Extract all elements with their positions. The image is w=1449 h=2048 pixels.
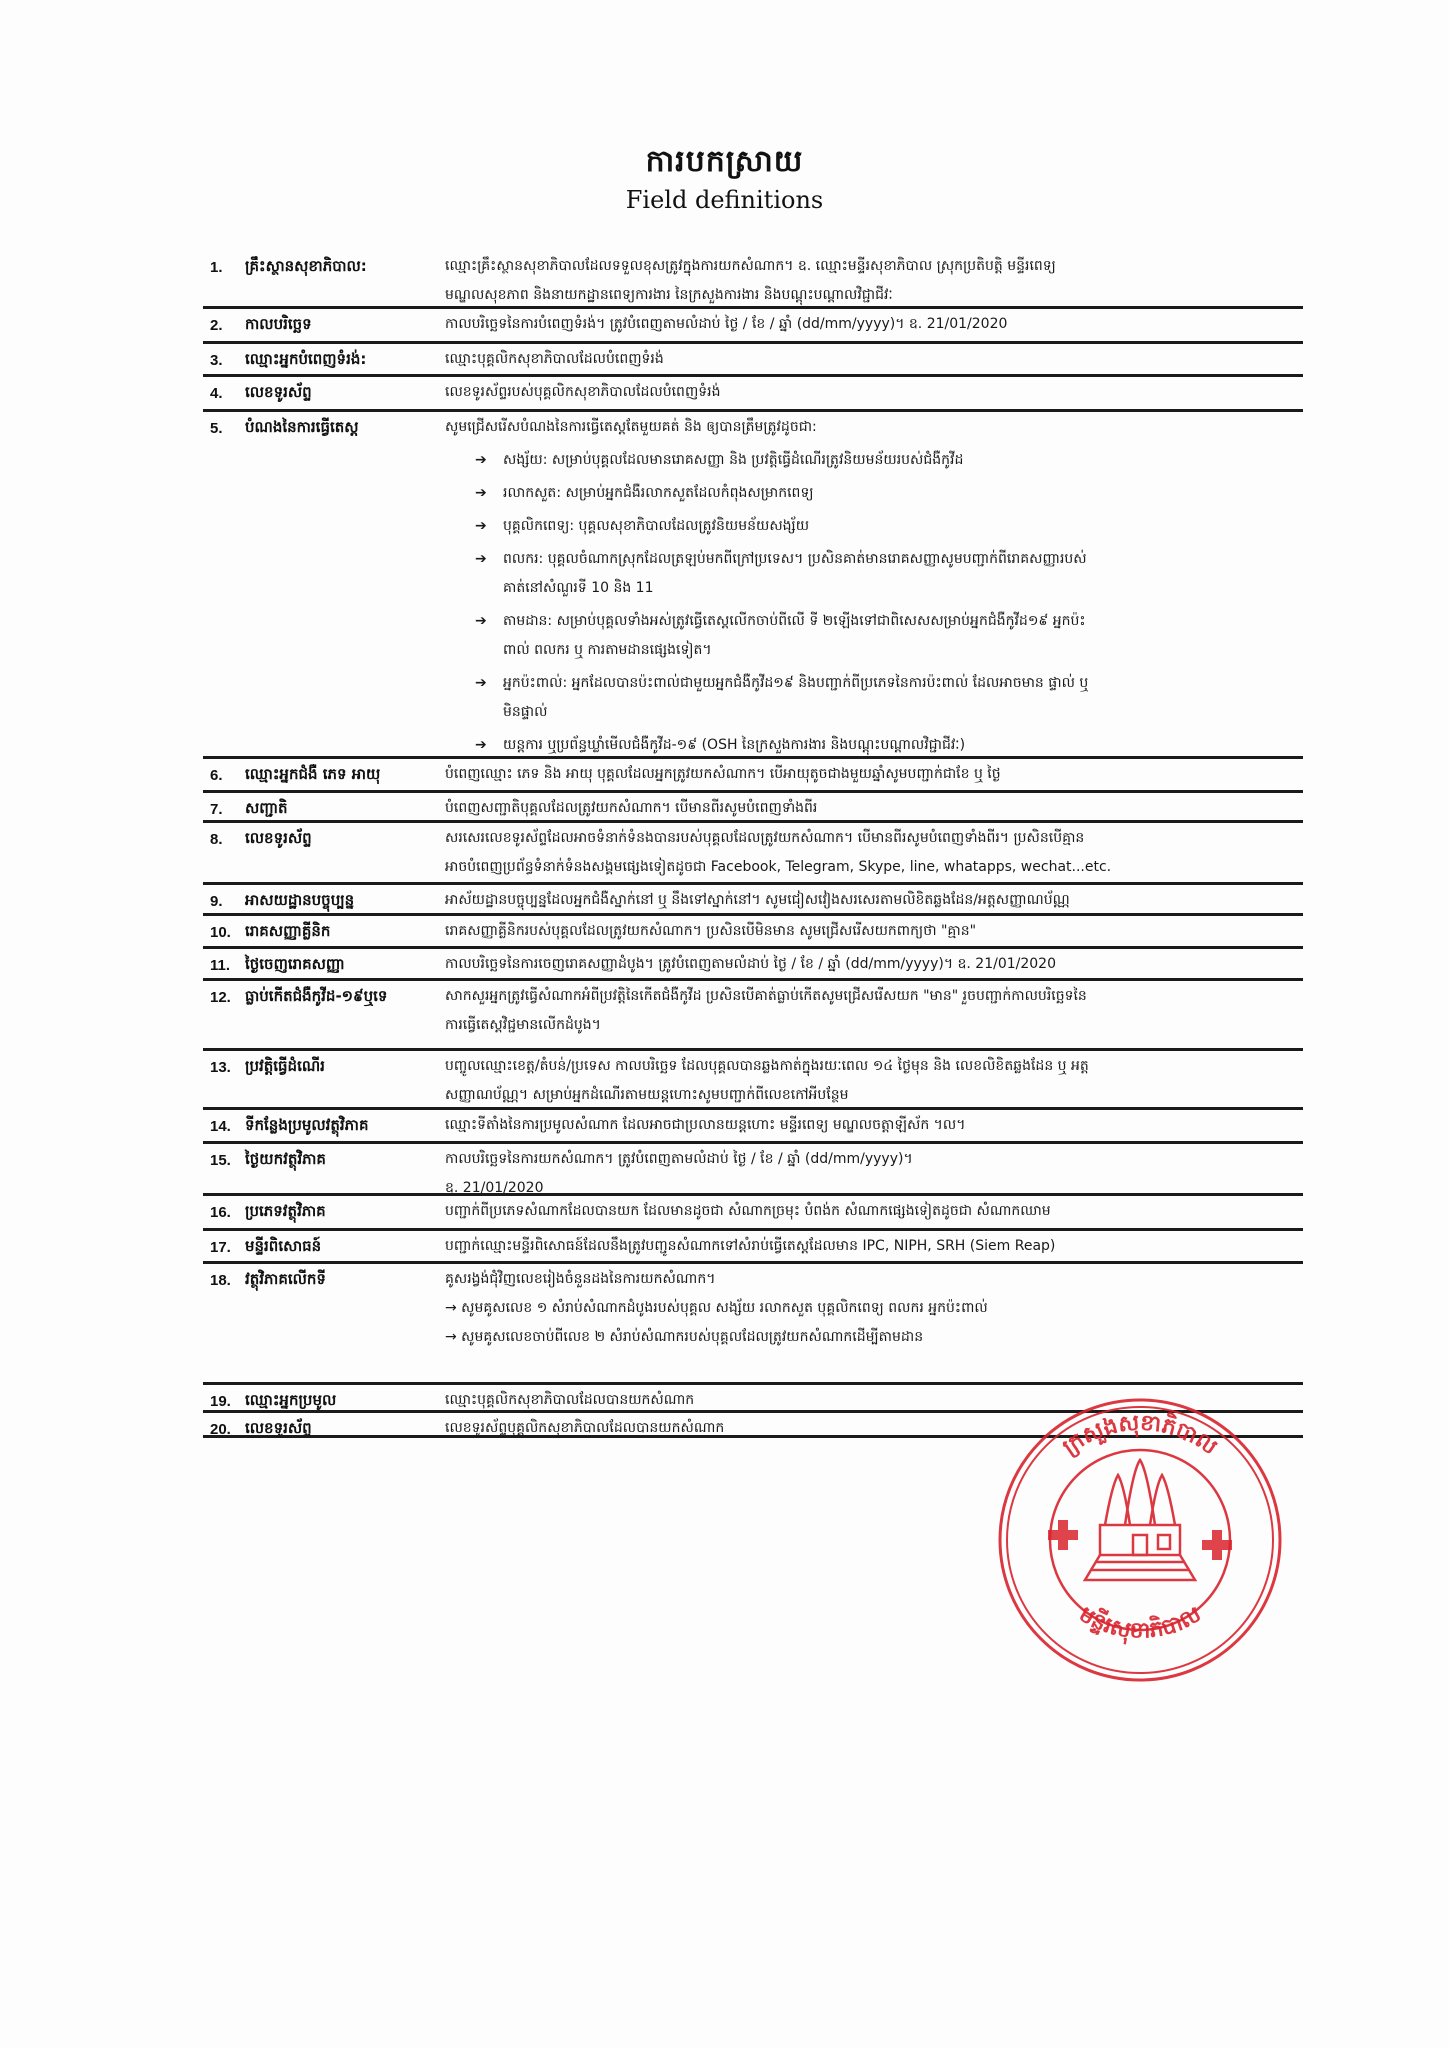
table-row: 7.សញ្ជាតិបំពេញសញ្ជាតិបុគ្គលដែលត្រូវយកសំណ… <box>203 792 1303 822</box>
field-label: លេខទូរស័ព្ទ <box>245 829 435 851</box>
purpose-option-text: តាមដាន: សម្រាប់បុគ្គលទាំងអស់ត្រូវធ្វើតេស… <box>503 613 1086 629</box>
definition-line: សញ្ញាណប័ណ្ណ។ សម្រាប់អ្នកដំណើរតាមយន្តហោះស… <box>445 1081 1285 1110</box>
row-number: 2. <box>210 317 223 334</box>
official-seal-icon: ក្រសួងសុខាភិបាល មន្ទីរសុខាភិបាល <box>990 1390 1290 1690</box>
table-row: 18.វត្ថុវិភាគលើកទីគូសរង្វង់ជុំវិញលេខរៀងច… <box>203 1263 1303 1384</box>
definition-line: ឈ្មោះគ្រឹះស្ថានសុខាភិបាលដែលទទួលខុសត្រូវក… <box>445 252 1285 281</box>
svg-text:មន្ទីរសុខាភិបាល: មន្ទីរសុខាភិបាល <box>1074 1602 1205 1646</box>
table-row: 17.មន្ទីរពិសោធន៍បញ្ជាក់ឈ្មោះមន្ទីរពិសោធន… <box>203 1230 1303 1263</box>
field-definition: បញ្ជាក់ឈ្មោះមន្ទីរពិសោធន៍ដែលនឹងត្រូវបញ្ជ… <box>445 1232 1285 1261</box>
field-label: ថ្ងៃចេញរោគសញ្ញា <box>245 955 435 977</box>
field-label: មន្ទីរពិសោធន៍ <box>245 1237 435 1259</box>
purpose-option: ➔ពលករ: បុគ្គលចំណាកស្រុកដែលត្រឡប់មកពីក្រៅ… <box>475 545 1285 574</box>
field-definition: អាស័យដ្ឋានបច្ចុប្បន្នដែលអ្នកជំងឺស្នាក់នៅ… <box>445 886 1285 915</box>
table-row: 15.ថ្ងៃយកវត្ថុវិភាគកាលបរិច្ឆេទនៃការយកសំណ… <box>203 1143 1303 1195</box>
purpose-option-continuation: គាត់នៅសំណួរទី 10 និង 11 <box>475 574 1285 603</box>
field-definition: ឈ្មោះបុគ្គលិកសុខាភិបាលដែលបំពេញទំរង់ <box>445 345 1285 374</box>
table-row: 5.បំណងនៃការធ្វើតេស្តសូមជ្រើសរើសបំណងនៃការ… <box>203 411 1303 758</box>
definition-line: ការធ្វើតេស្តវិជ្ជមានលើកដំបូង។ <box>445 1011 1285 1040</box>
field-label: ធ្លាប់កើតជំងឺកូវីដ-១៩ឬទេ <box>245 987 435 1009</box>
table-row: 8.លេខទូរស័ព្ទសរសេរលេខទូរស័ព្ទដែលអាចទំនាក… <box>203 822 1303 884</box>
row-number: 18. <box>210 1272 231 1289</box>
row-number: 8. <box>210 831 223 848</box>
document-title-english: Field definitions <box>0 186 1449 214</box>
field-definition: គូសរង្វង់ជុំវិញលេខរៀងចំនួនដងនៃការយកសំណាក… <box>445 1265 1285 1352</box>
row-number: 3. <box>210 352 223 369</box>
field-definition: លេខទូរស័ព្ទរបស់បុគ្គលិកសុខាភិបាលដែលបំពេញ… <box>445 378 1285 407</box>
definition-line: បំពេញសញ្ជាតិបុគ្គលដែលត្រូវយកសំណាក។ បើមាន… <box>445 794 1285 823</box>
definition-line: អាចបំពេញប្រព័ន្ធទំនាក់ទំនងសង្គមផ្សេងទៀតដ… <box>445 853 1285 882</box>
document-title-khmer: ការបកស្រាយ <box>0 142 1449 186</box>
arrow-right-icon: ➔ <box>475 607 487 636</box>
field-label: រោគសញ្ញាគ្លីនិក <box>245 922 435 944</box>
field-definition: បញ្ជាក់ពីប្រភេទសំណាកដែលបានយក ដែលមានដូចជា… <box>445 1197 1285 1226</box>
definition-line: បំពេញឈ្មោះ ភេទ និង អាយុ បុគ្គលដែលអ្នកត្រ… <box>445 760 1285 789</box>
purpose-option: ➔តាមដាន: សម្រាប់បុគ្គលទាំងអស់ត្រូវធ្វើតេ… <box>475 607 1285 636</box>
row-number: 14. <box>210 1118 231 1135</box>
row-number: 10. <box>210 924 231 941</box>
arrow-right-icon: ➔ <box>475 479 487 508</box>
table-row: 12.ធ្លាប់កើតជំងឺកូវីដ-១៩ឬទេសាកសួរអ្នកត្រ… <box>203 980 1303 1050</box>
row-number: 12. <box>210 989 231 1006</box>
row-number: 11. <box>210 957 230 974</box>
table-row: 10.រោគសញ្ញាគ្លីនិករោគសញ្ញាគ្លីនិករបស់បុគ… <box>203 915 1303 948</box>
svg-text:ក្រសួងសុខាភិបាល: ក្រសួងសុខាភិបាល <box>1058 1410 1221 1460</box>
field-label: ឈ្មោះអ្នកជំងឺ ភេទ អាយុ <box>245 765 435 787</box>
purpose-option-text: ពលករ: បុគ្គលចំណាកស្រុកដែលត្រឡប់មកពីក្រៅប… <box>503 551 1087 567</box>
table-row: 4.លេខទូរស័ព្ទលេខទូរស័ព្ទរបស់បុគ្គលិកសុខា… <box>203 376 1303 411</box>
field-label: សញ្ជាតិ <box>245 799 435 821</box>
definition-line: រោគសញ្ញាគ្លីនិករបស់បុគ្គលដែលត្រូវយកសំណាក… <box>445 917 1285 946</box>
field-definition: បំពេញសញ្ជាតិបុគ្គលដែលត្រូវយកសំណាក។ បើមាន… <box>445 794 1285 823</box>
table-row: 6.ឈ្មោះអ្នកជំងឺ ភេទ អាយុបំពេញឈ្មោះ ភេទ ន… <box>203 758 1303 792</box>
purpose-option: ➔សង្ស័យ: សម្រាប់បុគ្គលដែលមានរោគសញ្ញា និង… <box>475 446 1285 475</box>
purpose-option: ➔អ្នកប៉ះពាល់: អ្នកដែលបានប៉ះពាល់ជាមួយអ្នក… <box>475 669 1285 698</box>
row-number: 6. <box>210 767 223 784</box>
purpose-option-text: បុគ្គលិកពេទ្យ: បុគ្គលសុខាភិបាលដែលត្រូវនិ… <box>503 518 809 534</box>
purpose-option-text: សង្ស័យ: សម្រាប់បុគ្គលដែលមានរោគសញ្ញា និង … <box>503 452 963 468</box>
sample-number-instruction: → សូមគូសលេខ ១ សំរាប់សំណាកដំបូងរបស់បុគ្គល… <box>445 1294 1285 1323</box>
purpose-option-text: យន្តការ ឬប្រព័ន្ធឃ្លាំមើលជំងឺកូវីដ-១៩ (O… <box>503 737 965 753</box>
definition-line: បញ្ជាក់ពីប្រភេទសំណាកដែលបានយក ដែលមានដូចជា… <box>445 1197 1285 1226</box>
purpose-option-continuation: មិនផ្ទាល់ <box>475 698 1285 727</box>
definition-line: គូសរង្វង់ជុំវិញលេខរៀងចំនួនដងនៃការយកសំណាក… <box>445 1265 1285 1294</box>
field-label: ទីកន្លែងប្រមូលវត្ថុវិភាគ <box>245 1116 435 1138</box>
field-definition: ឈ្មោះទីតាំងនៃការប្រមូលសំណាក ដែលអាចជាប្រល… <box>445 1111 1285 1140</box>
field-label: ប្រវត្តិធ្វើដំណើរ <box>245 1057 435 1079</box>
purpose-option-text: អ្នកប៉ះពាល់: អ្នកដែលបានប៉ះពាល់ជាមួយអ្នកជ… <box>503 675 1088 691</box>
definition-line: សូមជ្រើសរើសបំណងនៃការធ្វើតេស្តតែមួយគត់ និ… <box>445 413 1285 442</box>
table-row: 3.ឈ្មោះអ្នកបំពេញទំរង់:ឈ្មោះបុគ្គលិកសុខាភ… <box>203 343 1303 376</box>
arrow-right-icon: ➔ <box>475 512 487 541</box>
field-definition: កាលបរិច្ឆេទនៃការបំពេញទំរង់។ ត្រូវបំពេញតា… <box>445 310 1285 339</box>
field-label: លេខទូរស័ព្ទ <box>245 383 435 405</box>
definition-line: កាលបរិច្ឆេទនៃការចេញរោគសញ្ញាដំបូង។ ត្រូវប… <box>445 950 1285 979</box>
document-page: ការបកស្រាយ Field definitions 1.គ្រឹះស្ថា… <box>0 0 1449 2048</box>
arrow-right-icon: ➔ <box>475 446 487 475</box>
row-number: 19. <box>210 1393 231 1410</box>
field-definition: ឈ្មោះគ្រឹះស្ថានសុខាភិបាលដែលទទួលខុសត្រូវក… <box>445 252 1285 310</box>
definition-line: ឈ្មោះទីតាំងនៃការប្រមូលសំណាក ដែលអាចជាប្រល… <box>445 1111 1285 1140</box>
definition-line: ឈ្មោះបុគ្គលិកសុខាភិបាលដែលបំពេញទំរង់ <box>445 345 1285 374</box>
arrow-right-icon: ➔ <box>475 545 487 574</box>
field-label: ប្រភេទវត្ថុវិភាគ <box>245 1202 435 1224</box>
field-definition: បំពេញឈ្មោះ ភេទ និង អាយុ បុគ្គលដែលអ្នកត្រ… <box>445 760 1285 789</box>
field-definition: កាលបរិច្ឆេទនៃការចេញរោគសញ្ញាដំបូង។ ត្រូវប… <box>445 950 1285 979</box>
definition-line: អាស័យដ្ឋានបច្ចុប្បន្នដែលអ្នកជំងឺស្នាក់នៅ… <box>445 886 1285 915</box>
arrow-right-icon: ➔ <box>475 669 487 698</box>
field-label: ឈ្មោះអ្នកបំពេញទំរង់: <box>245 350 435 372</box>
table-row: 13.ប្រវត្តិធ្វើដំណើរបញ្ចូលឈ្មោះខេត្ត/តំប… <box>203 1050 1303 1109</box>
definition-line: បញ្ចូលឈ្មោះខេត្ត/តំបន់/ប្រទេស កាលបរិច្ឆេ… <box>445 1052 1285 1081</box>
purpose-option: ➔រលាកសួត: សម្រាប់អ្នកជំងឺរលាកសួតដែលកំពុង… <box>475 479 1285 508</box>
definition-line: សាកសួរអ្នកត្រូវធ្វើសំណាកអំពីប្រវត្តិនៃកើ… <box>445 982 1285 1011</box>
field-label: កាលបរិច្ឆេទ <box>245 315 435 337</box>
table-row: 1.គ្រឹះស្ថានសុខាភិបាល:ឈ្មោះគ្រឹះស្ថានសុខ… <box>203 250 1303 308</box>
definition-line: លេខទូរស័ព្ទរបស់បុគ្គលិកសុខាភិបាលដែលបំពេញ… <box>445 378 1285 407</box>
definition-line: សរសេរលេខទូរស័ព្ទដែលអាចទំនាក់ទំនងបានរបស់ប… <box>445 824 1285 853</box>
row-number: 5. <box>210 420 223 437</box>
table-row: 16.ប្រភេទវត្ថុវិភាគបញ្ជាក់ពីប្រភេទសំណាកដ… <box>203 1195 1303 1230</box>
row-number: 16. <box>210 1204 231 1221</box>
sample-number-instruction: → សូមគូសលេខចាប់ពីលេខ ២ សំរាប់សំណាករបស់បុ… <box>445 1323 1285 1352</box>
field-definition: រោគសញ្ញាគ្លីនិករបស់បុគ្គលដែលត្រូវយកសំណាក… <box>445 917 1285 946</box>
row-number: 1. <box>210 259 223 276</box>
field-definition: សូមជ្រើសរើសបំណងនៃការធ្វើតេស្តតែមួយគត់ និ… <box>445 413 1285 760</box>
table-row: 14.ទីកន្លែងប្រមូលវត្ថុវិភាគឈ្មោះទីតាំងនៃ… <box>203 1109 1303 1143</box>
purpose-option-text: រលាកសួត: សម្រាប់អ្នកជំងឺរលាកសួតដែលកំពុងស… <box>503 485 814 501</box>
definition-line: កាលបរិច្ឆេទនៃការយកសំណាក។ ត្រូវបំពេញតាមលំ… <box>445 1145 1285 1174</box>
field-definition: សរសេរលេខទូរស័ព្ទដែលអាចទំនាក់ទំនងបានរបស់ប… <box>445 824 1285 882</box>
row-number: 13. <box>210 1059 231 1076</box>
purpose-option: ➔បុគ្គលិកពេទ្យ: បុគ្គលសុខាភិបាលដែលត្រូវន… <box>475 512 1285 541</box>
definition-line: កាលបរិច្ឆេទនៃការបំពេញទំរង់។ ត្រូវបំពេញតា… <box>445 310 1285 339</box>
field-label: ថ្ងៃយកវត្ថុវិភាគ <box>245 1150 435 1172</box>
table-row: 9.អាសយដ្ឋានបច្ចុប្បន្នអាស័យដ្ឋានបច្ចុប្ប… <box>203 884 1303 915</box>
row-number: 17. <box>210 1239 231 1256</box>
row-number: 15. <box>210 1152 231 1169</box>
field-label: គ្រឹះស្ថានសុខាភិបាល: <box>245 257 435 279</box>
table-row: 11.ថ្ងៃចេញរោគសញ្ញាកាលបរិច្ឆេទនៃការចេញរោគ… <box>203 948 1303 980</box>
field-label: វត្ថុវិភាគលើកទី <box>245 1270 435 1292</box>
field-label: អាសយដ្ឋានបច្ចុប្បន្ន <box>245 891 435 913</box>
field-definition: សាកសួរអ្នកត្រូវធ្វើសំណាកអំពីប្រវត្តិនៃកើ… <box>445 982 1285 1040</box>
definition-line: បញ្ជាក់ឈ្មោះមន្ទីរពិសោធន៍ដែលនឹងត្រូវបញ្ជ… <box>445 1232 1285 1261</box>
purpose-option-continuation: ពាល់ ពលករ ឬ ការតាមដានផ្សេងទៀត។ <box>475 636 1285 665</box>
row-number: 7. <box>210 801 223 818</box>
row-number: 4. <box>210 385 223 402</box>
table-row: 2.កាលបរិច្ឆេទកាលបរិច្ឆេទនៃការបំពេញទំរង់។… <box>203 308 1303 343</box>
field-definition: បញ្ចូលឈ្មោះខេត្ត/តំបន់/ប្រទេស កាលបរិច្ឆេ… <box>445 1052 1285 1110</box>
row-number: 9. <box>210 893 223 910</box>
field-label: បំណងនៃការធ្វើតេស្ត <box>245 418 435 440</box>
